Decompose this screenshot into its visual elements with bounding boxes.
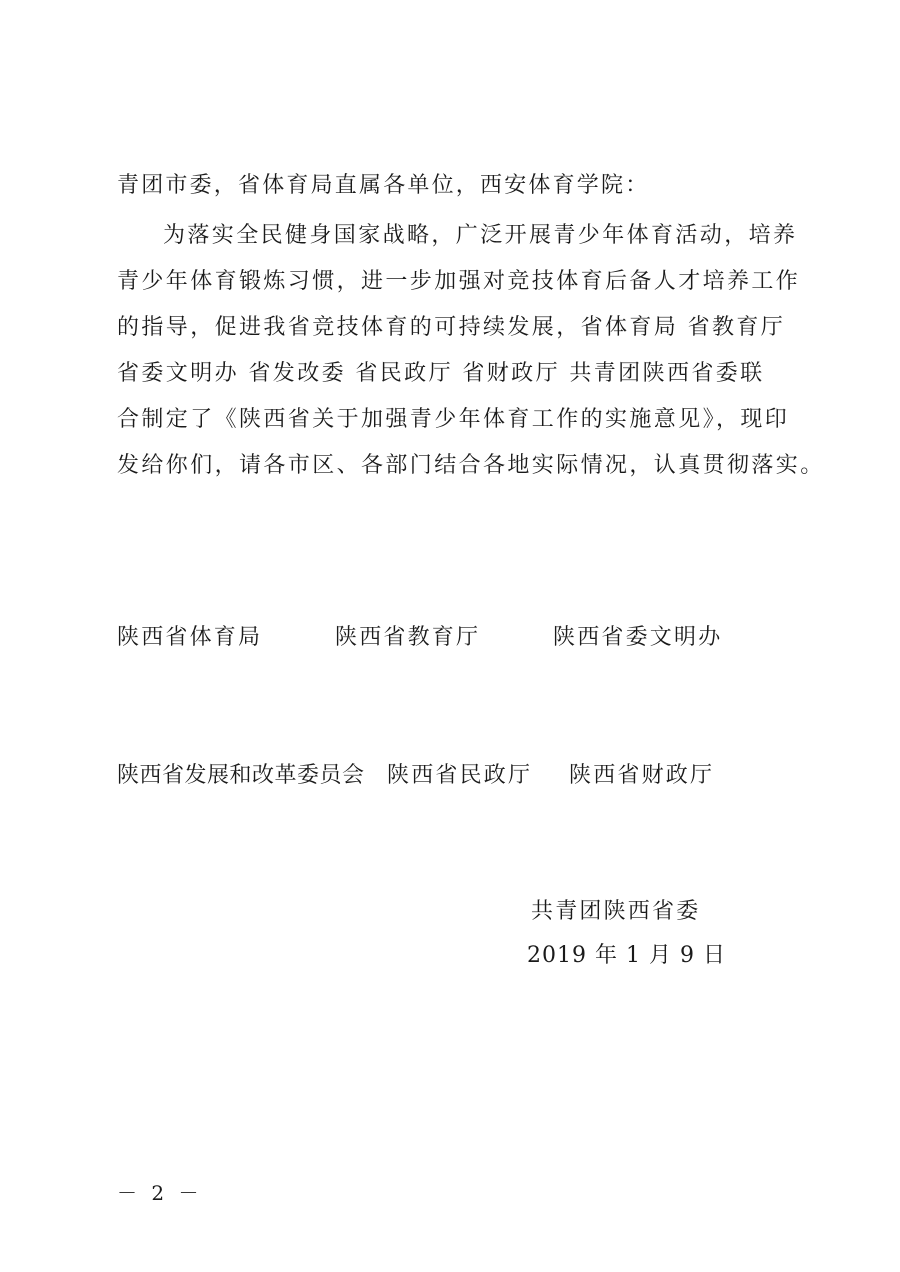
body-line-3: 的指导，促进我省竞技体育的可持续发展，省体育局 省教育厅 — [117, 313, 785, 343]
body-line-2: 青少年体育锻炼习惯，进一步加强对竞技体育后备人才培养工作 — [117, 267, 800, 297]
signatory-development-reform-commission: 陕西省发展和改革委员会 — [117, 761, 365, 791]
page-number: － 2 － — [117, 1180, 202, 1206]
signatory-civilization-office: 陕西省委文明办 — [553, 623, 722, 653]
body-line-5: 合制定了《陕西省关于加强青少年体育工作的实施意见》，现印 — [117, 405, 789, 435]
signatory-sports-bureau: 陕西省体育局 — [117, 623, 262, 653]
signatory-youth-league: 共青团陕西省委 — [531, 897, 700, 927]
signatory-civil-affairs-dept: 陕西省民政厅 — [387, 761, 532, 791]
body-line-1: 为落实全民健身国家战略，广泛开展青少年体育活动，培养 — [163, 221, 797, 251]
body-line-6: 发给你们，请各市区、各部门结合各地实际情况，认真贯彻落实。 — [117, 451, 825, 481]
issue-date: 2019 年 1 月 9 日 — [527, 941, 726, 971]
addressee-line: 青团市委，省体育局直属各单位，西安体育学院： — [117, 171, 649, 201]
signatory-education-dept: 陕西省教育厅 — [335, 623, 480, 653]
signatory-finance-dept: 陕西省财政厅 — [569, 761, 714, 791]
body-line-4: 省委文明办 省发改委 省民政厅 省财政厅 共青团陕西省委联 — [117, 359, 765, 389]
document-page: 青团市委，省体育局直属各单位，西安体育学院： 为落实全民健身国家战略，广泛开展青… — [0, 0, 900, 1272]
